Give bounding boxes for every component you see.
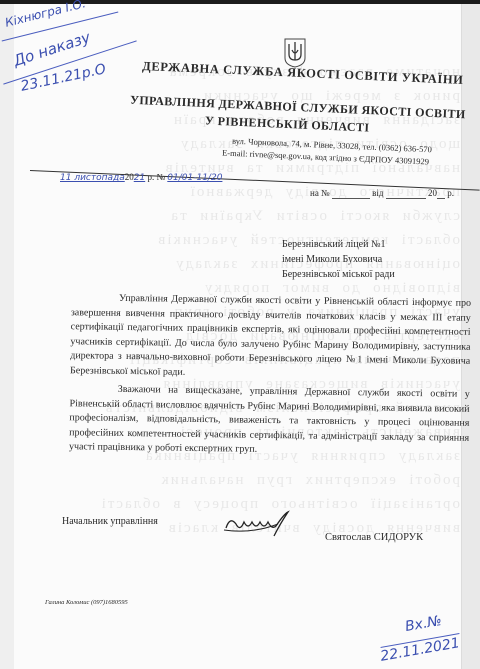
left-margin-strip <box>0 4 14 669</box>
trident-emblem-icon <box>284 38 306 68</box>
outgoing-number-handwritten: 01/01-11/20 <box>167 173 222 183</box>
body-paragraph-1: Управління Державної служби якості освіт… <box>70 291 471 384</box>
recipient-block: Березнівський ліцей №1 імені Миколи Бухо… <box>282 237 395 282</box>
from-label: від <box>372 188 383 198</box>
number-label: р. № <box>147 172 165 182</box>
letter-body: Управління Державної служби якості освіт… <box>69 291 471 460</box>
ref-date-blank <box>386 188 426 199</box>
recipient-line1: Березнівський ліцей №1 <box>282 237 395 252</box>
ref-year-suffix: р. <box>447 188 454 198</box>
signatory-title: Начальник управління <box>62 516 158 527</box>
ref-number-blank <box>332 188 370 199</box>
outgoing-date-line: 11 листопада2021 р. № 01/01-11/20 <box>60 172 222 183</box>
ref-year-blank <box>437 188 445 199</box>
ref-year-prefix: 20 <box>428 188 437 198</box>
recipient-line2: імені Миколи Буховича <box>282 252 395 267</box>
reference-line: на № від 20 р. <box>310 188 454 199</box>
ref-label: на № <box>310 188 330 198</box>
outgoing-date-handwritten: 11 листопада <box>60 173 125 183</box>
date-year-prefix: 20 <box>125 172 134 182</box>
body-paragraph-2: Зважаючи на вищесказане, управління Держ… <box>69 382 470 460</box>
signatory-name: Святослав СИДОРУК <box>325 532 423 543</box>
handwritten-signature-icon <box>222 510 294 540</box>
outgoing-year-handwritten: 21 <box>134 173 145 183</box>
executor-contact: Галина Коломис (097)1680595 <box>45 599 128 606</box>
recipient-line3: Березнівської міської ради <box>282 267 395 282</box>
